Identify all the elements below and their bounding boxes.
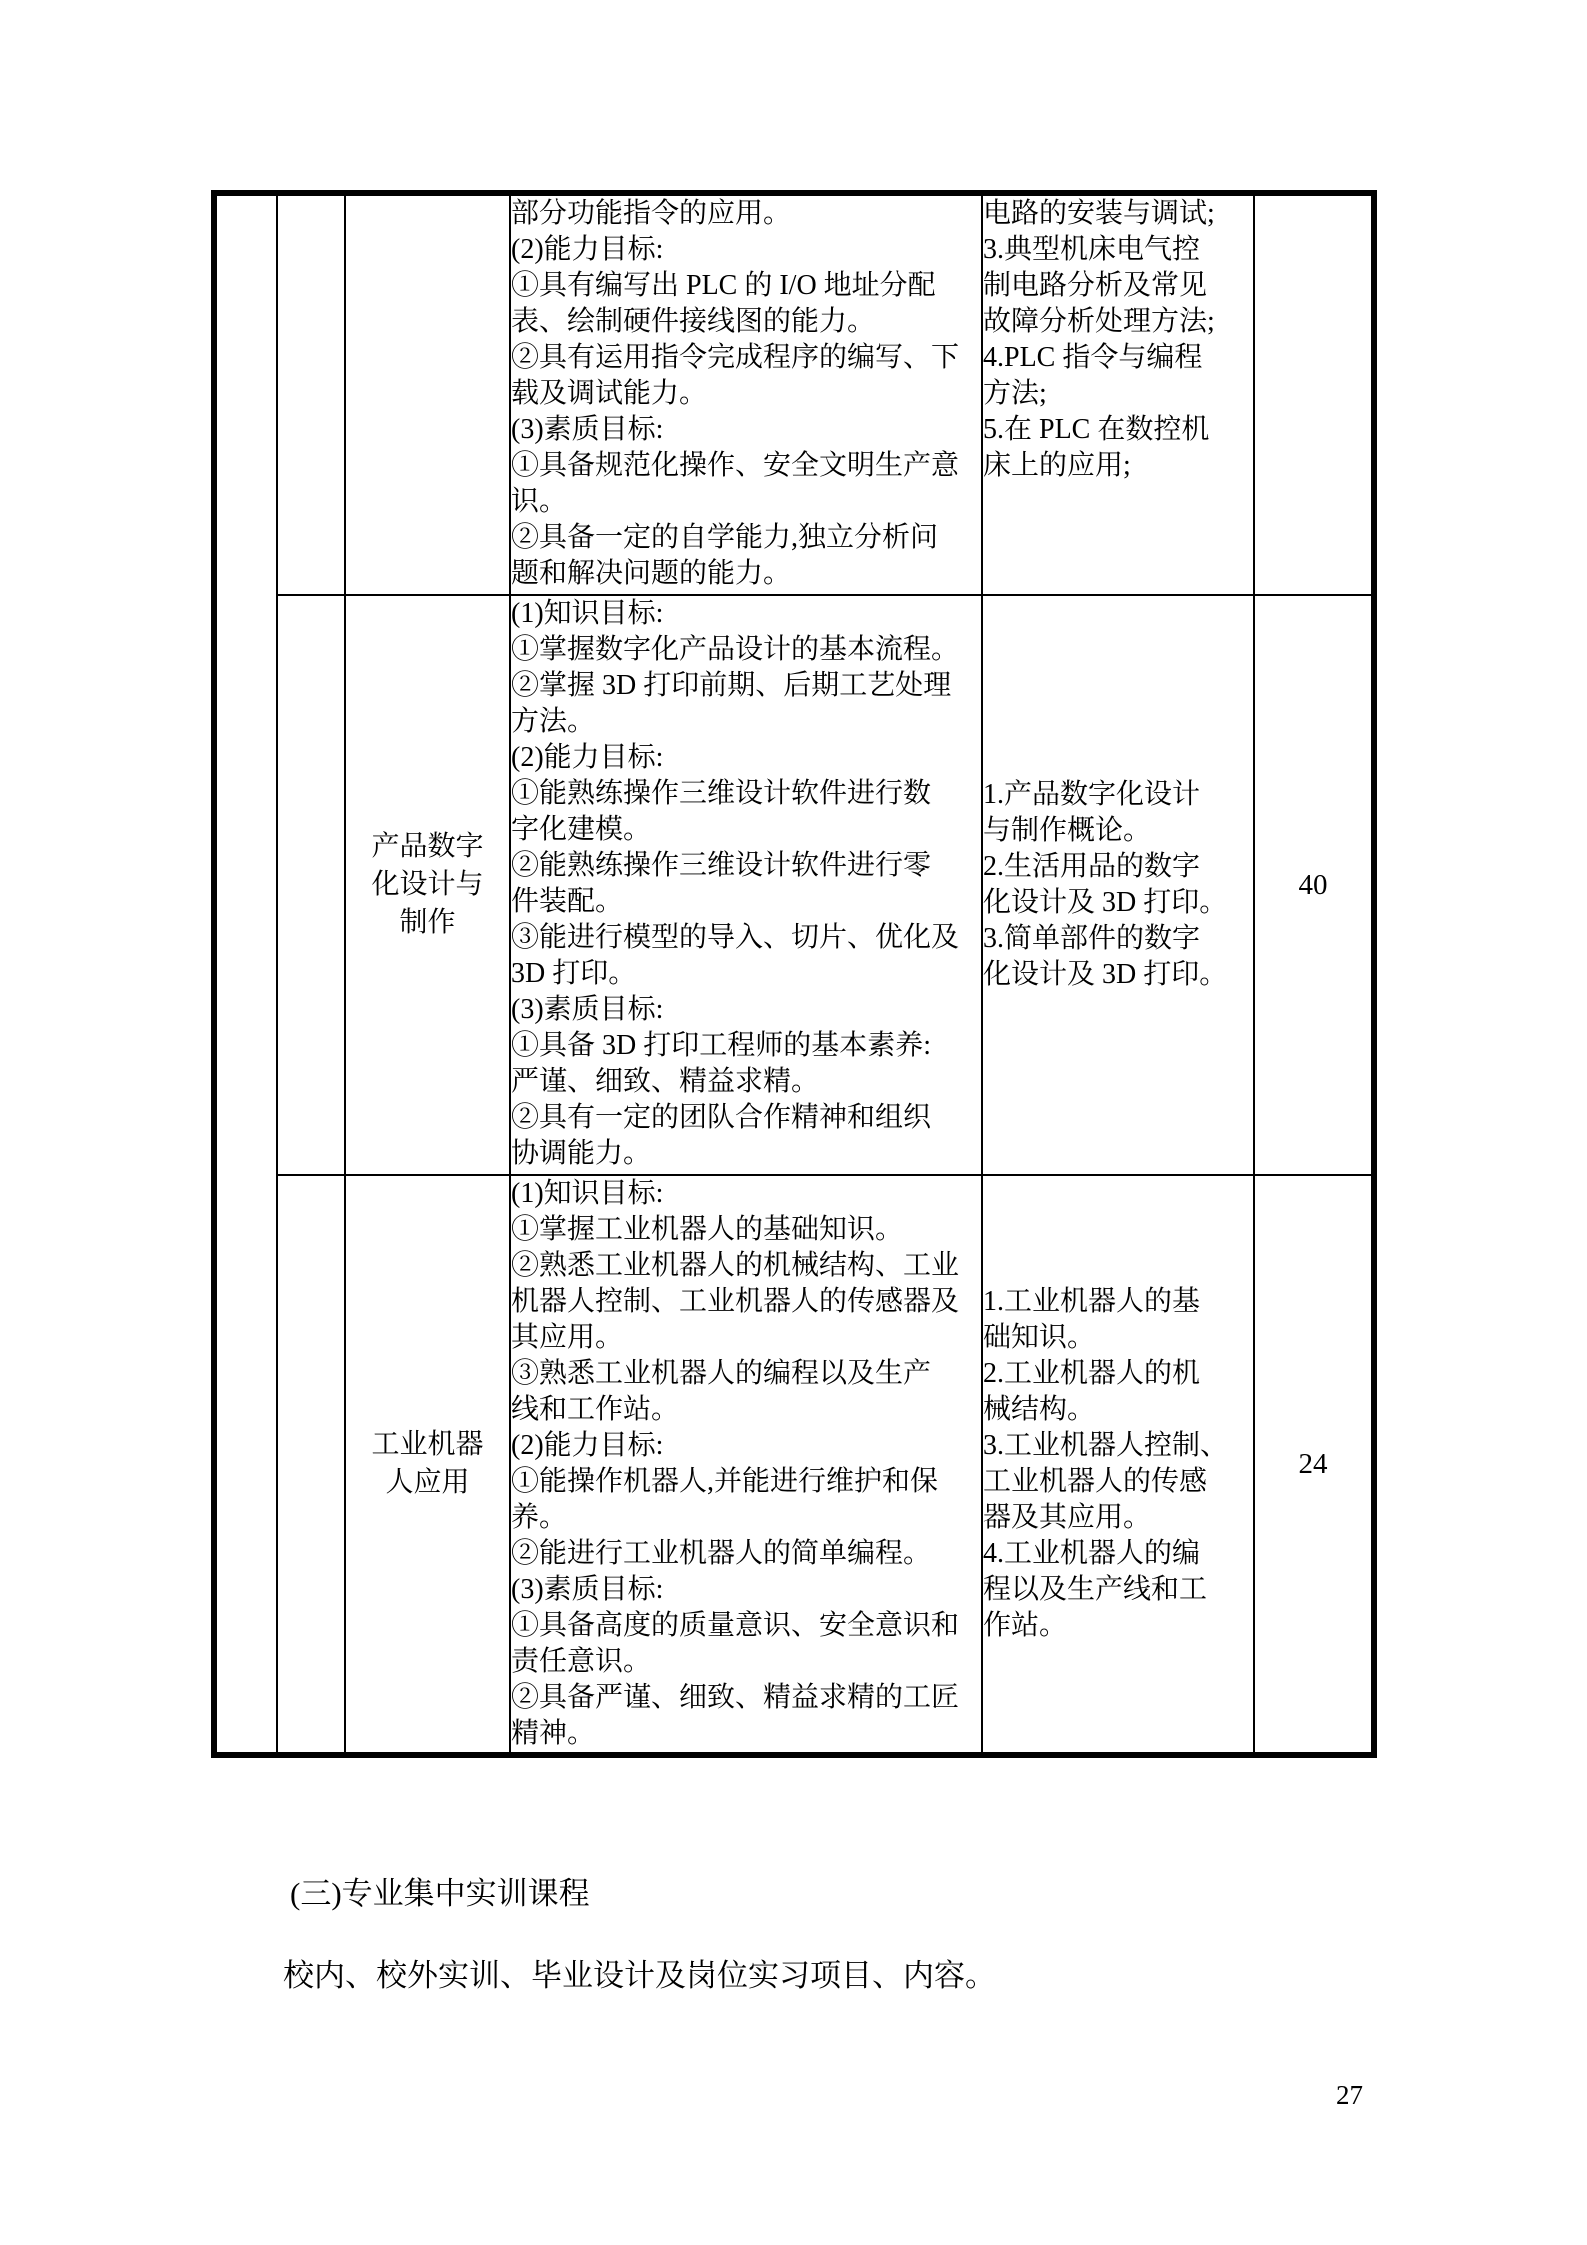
section-heading: (三)专业集中实训课程	[290, 1874, 590, 1914]
hours-cell: 24	[1254, 1175, 1374, 1755]
course-name-cell	[345, 193, 510, 595]
hours-cell	[1254, 193, 1374, 595]
hours-cell: 40	[1254, 595, 1374, 1175]
teaching-content-cell: 电路的安装与调试; 3.典型机床电气控 制电路分析及常见 故障分析处理方法; 4…	[982, 193, 1254, 595]
course-name-cell: 产品数字 化设计与 制作	[345, 595, 510, 1175]
teaching-content-cell: 1.产品数字化设计 与制作概论。 2.生活用品的数字 化设计及 3D 打印。 3…	[982, 595, 1254, 1175]
section-intro: 校内、校外实训、毕业设计及岗位实习项目、内容。	[283, 1956, 996, 1996]
teaching-content-cell: 1.工业机器人的基 础知识。 2.工业机器人的机 械结构。 3.工业机器人控制、…	[982, 1175, 1254, 1755]
left-spacer-cell	[214, 193, 277, 1755]
spacer-cell	[277, 595, 345, 1175]
table-row: 产品数字 化设计与 制作 (1)知识目标: ①掌握数字化产品设计的基本流程。 ②…	[214, 595, 1374, 1175]
table-row: 部分功能指令的应用。 (2)能力目标: ①具有编写出 PLC 的 I/O 地址分…	[214, 193, 1374, 595]
page-number: 27	[1336, 2080, 1363, 2111]
course-goals-cell: 部分功能指令的应用。 (2)能力目标: ①具有编写出 PLC 的 I/O 地址分…	[510, 193, 982, 595]
course-name-cell: 工业机器 人应用	[345, 1175, 510, 1755]
curriculum-table: 部分功能指令的应用。 (2)能力目标: ①具有编写出 PLC 的 I/O 地址分…	[211, 190, 1377, 1758]
table-row: 工业机器 人应用 (1)知识目标: ①掌握工业机器人的基础知识。 ②熟悉工业机器…	[214, 1175, 1374, 1755]
spacer-cell	[277, 193, 345, 595]
spacer-cell	[277, 1175, 345, 1755]
course-goals-cell: (1)知识目标: ①掌握工业机器人的基础知识。 ②熟悉工业机器人的机械结构、工业…	[510, 1175, 982, 1755]
course-goals-cell: (1)知识目标: ①掌握数字化产品设计的基本流程。 ②掌握 3D 打印前期、后期…	[510, 595, 982, 1175]
